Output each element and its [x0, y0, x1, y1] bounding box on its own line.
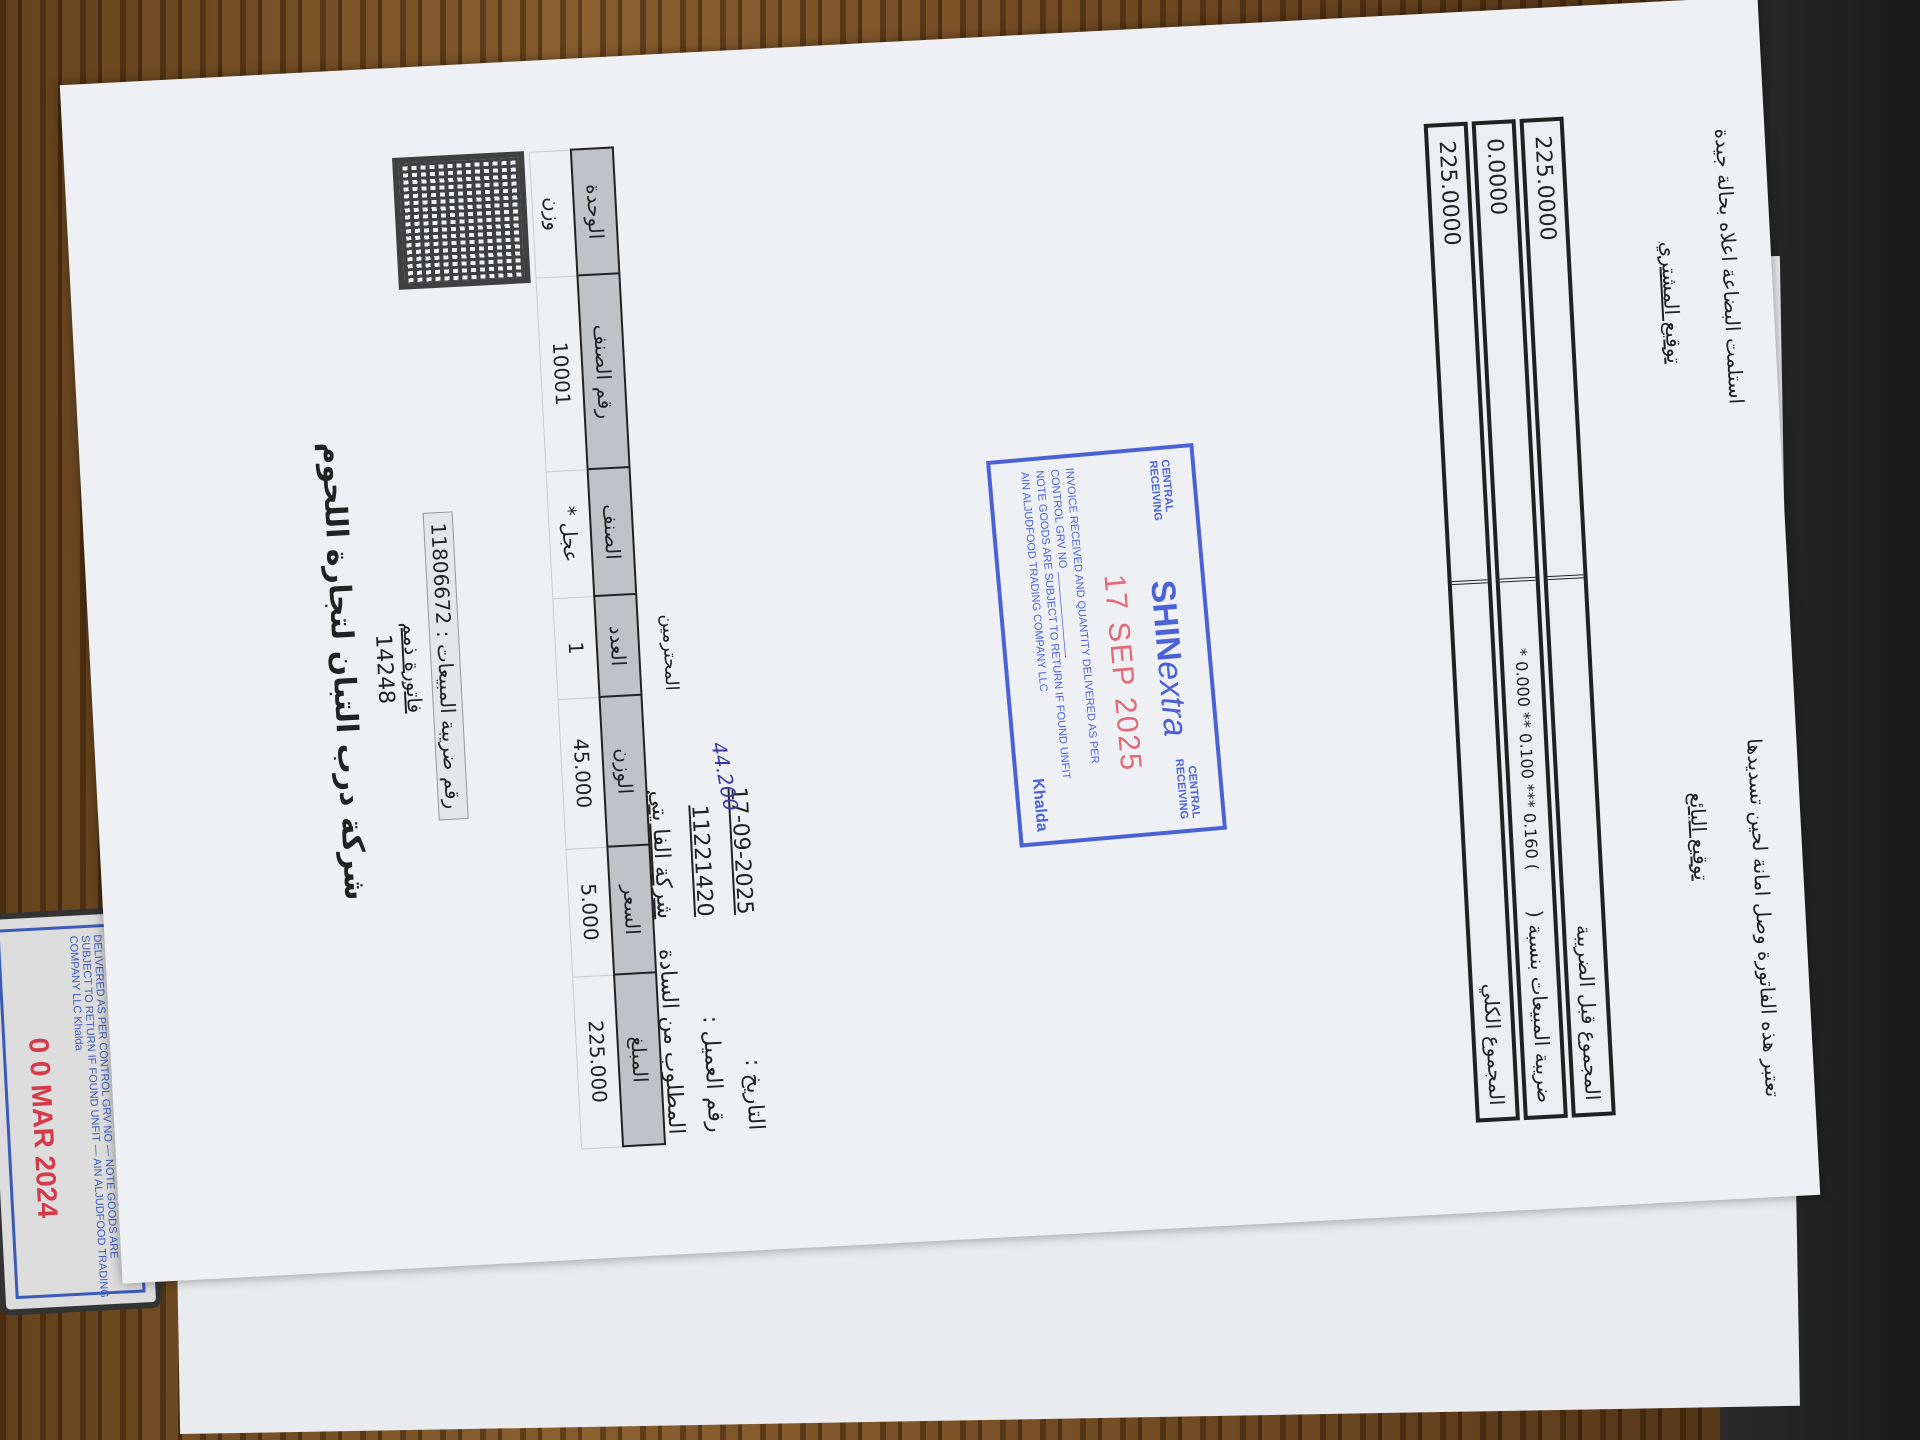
column-header: العدد: [594, 594, 641, 697]
respect-label: المحترمين: [657, 614, 682, 692]
stamp-central-receiving-right: CENTRAL RECEIVING: [1172, 748, 1202, 820]
table-cell: عجل *: [546, 470, 594, 599]
buyer-signature-label: توقيع المشتري: [1656, 241, 1686, 364]
table-cell: 45.000: [558, 697, 607, 849]
stamp-central-receiving-left: CENTRAL RECEIVING: [1147, 459, 1177, 531]
tax-number-label: رقم ضريبة المبيعات :: [432, 630, 465, 810]
table-cell: وزن: [529, 150, 577, 278]
invoice-page: شركة درب التبان لتجارة اللحوم رقم ضريبة …: [60, 0, 1820, 1284]
table-cell: 5.000: [566, 847, 614, 977]
column-header: الوحدة: [571, 147, 620, 275]
totals-box: المجموع قبل الضريبة 225.0000 ضريبة المبي…: [1420, 117, 1616, 1123]
table-cell: 225.000: [573, 975, 623, 1149]
stamp-brand: SHINextra: [1142, 579, 1195, 739]
customer-number: 11221420: [678, 804, 724, 918]
receiving-stamp: CENTRAL RECEIVING SHINextra CENTRAL RECE…: [986, 443, 1227, 848]
received-note: استلمت البضاعة اعلاه بحالة جيدة: [1710, 128, 1748, 405]
tax-number: 11806672: [426, 522, 455, 625]
tax-rates: * 0.000 ** 0.100 *** 0.160 (: [1512, 648, 1543, 871]
stamp-location: Khalda: [1028, 778, 1051, 833]
stamp-text: INVOICE RECEIVED AND QUANTITY DELIVERED …: [1016, 467, 1103, 781]
seller-signature-label: توقيع البائع: [1685, 791, 1714, 881]
qr-code: [392, 151, 531, 290]
column-header: السعر: [607, 845, 656, 975]
subtotal-value: 225.0000: [1529, 121, 1578, 576]
invoice-document: شركة درب التبان لتجارة اللحوم رقم ضريبة …: [60, 0, 1820, 1284]
trust-note: تعتبر هذه الفاتورة وصل امانة لحين تسديده…: [1742, 738, 1785, 1098]
column-header: الوزن: [600, 695, 650, 847]
column-header: الصنف: [588, 467, 637, 596]
stamp-date: 17 SEP 2025: [1096, 573, 1147, 773]
table-cell: 1: [553, 596, 600, 699]
tax-label: ضريبة المبيعات بنسبة (: [1523, 909, 1557, 1103]
